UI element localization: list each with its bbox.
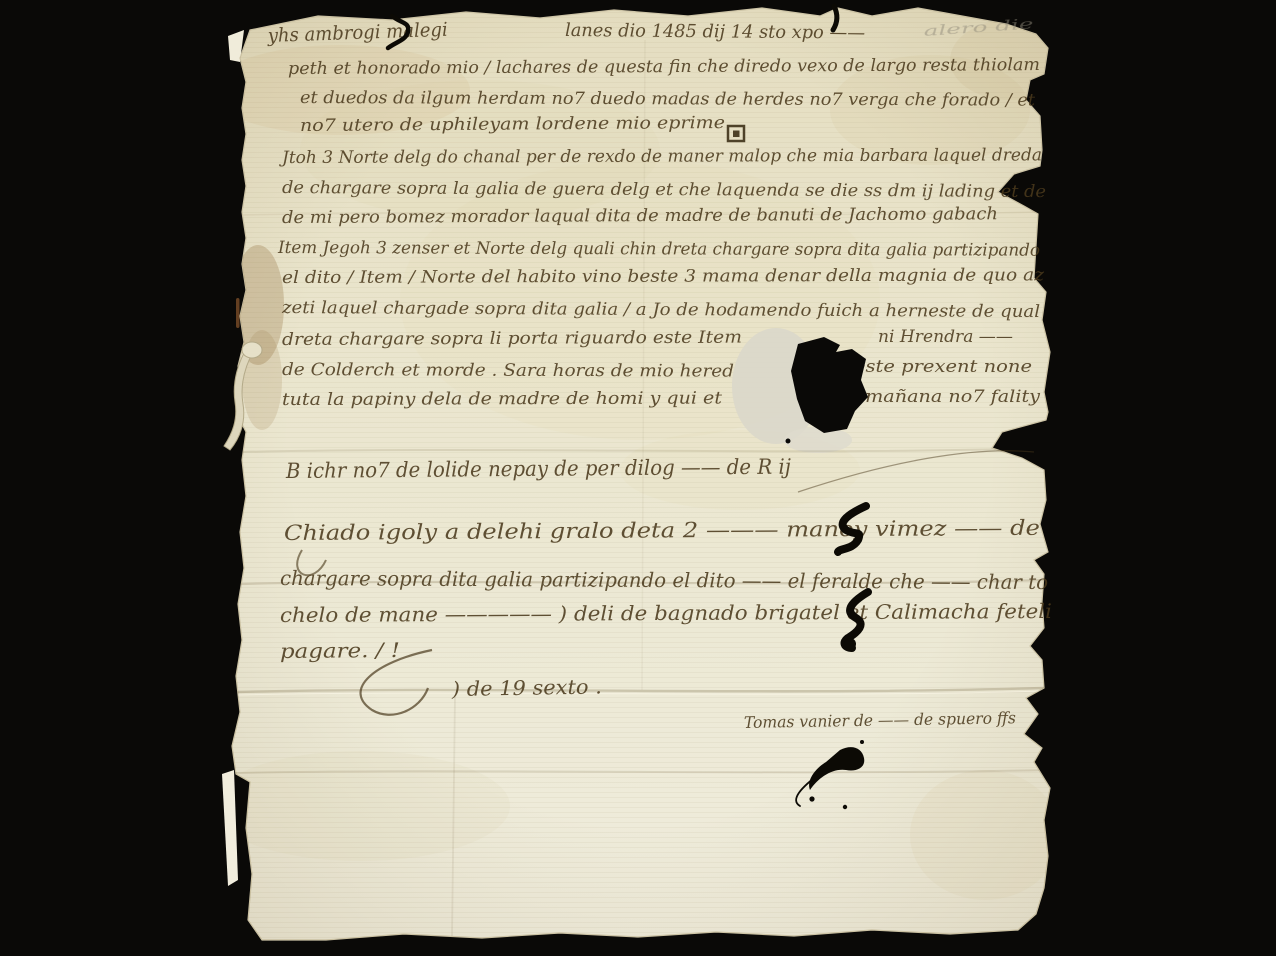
body-line: de chargare sopra la galia de guera delg… [282,178,1046,202]
manuscript-photo: yhs ambrogi malegi lanes dio 1485 dij 14… [0,0,1276,956]
body-line: dreta chargare sopra li porta riguardo e… [282,328,742,350]
body-line: tuta la papiny dela de madre de homi y q… [282,388,722,410]
photo-backdrop: yhs ambrogi malegi lanes dio 1485 dij 14… [0,0,1276,956]
body-line: no7 utero de uphileyam lordene mio eprim… [300,113,725,136]
account-line: B ichr no7 de lolide nepay de per dilog … [285,455,792,483]
body-line: Item Jegoh 3 zenser et Norte delg quali … [277,238,1040,261]
ink-speck [809,796,814,801]
ink-speck [843,805,847,809]
date-line: lanes dio 1485 dij 14 sto xpo —— [565,20,865,44]
ink-speck [860,740,864,744]
body-line: Jtoh 3 Norte delg do chanal per de rexdo… [279,145,1042,168]
body-line: peth et honorado mio / lachares de quest… [288,55,1040,79]
paper-hole-speck [786,439,791,444]
body-line-fragment: este prexent none [854,357,1032,377]
postscript-line: pagare. / ! [280,638,400,663]
postscript-line: chelo de mane ————— ) deli de bagnado br… [280,599,1052,627]
body-line: el dito / Item / Norte del habito vino b… [282,265,1045,288]
body-line-fragment: chmañana no7 fality [842,387,1040,407]
body-line: de mi pero bomez morador laqual dita de … [282,204,998,228]
ink-blob [844,638,856,650]
body-line: zeti laquel chargade sopra dita galia / … [281,298,1040,322]
place-date-line: ) de 19 sexto . [451,674,602,701]
body-line: de Colderch et morde . Sara horas de mio… [282,360,734,382]
body-line: et duedos da ilgum herdam no7 duedo mada… [300,88,1035,111]
postscript-line: chargare sopra dita galia partizipando e… [280,566,1048,594]
body-line-fragment: ni Hrendra —— [878,327,1013,347]
